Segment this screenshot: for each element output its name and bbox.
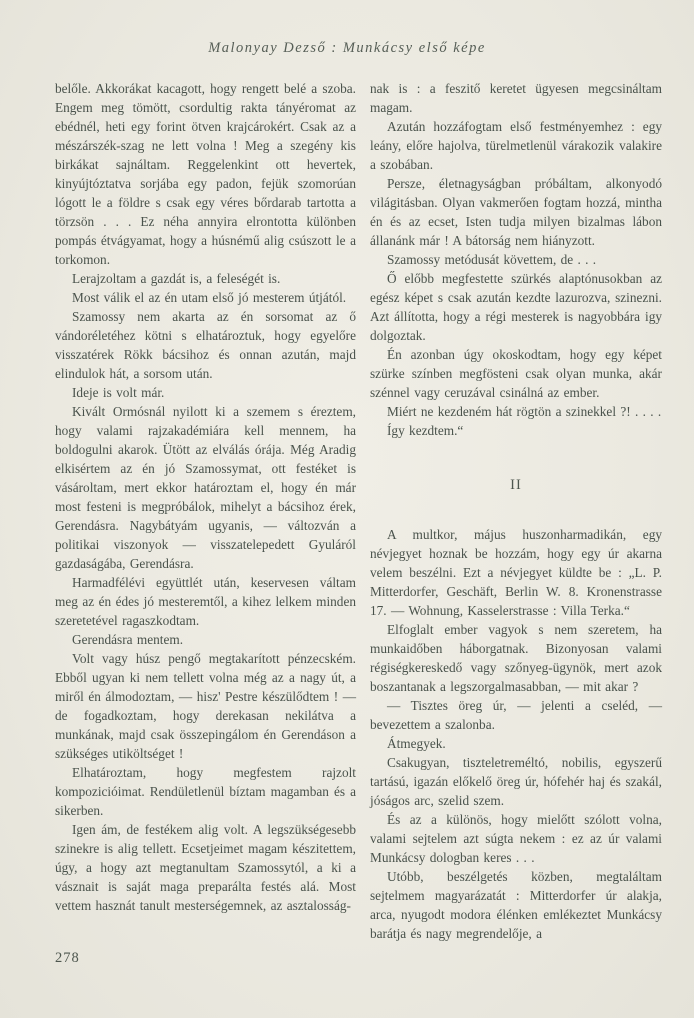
paragraph: — Tisztes öreg úr, — jelenti a cseléd, —… xyxy=(370,696,662,734)
paragraph: A multkor, május huszonharmadikán, egy n… xyxy=(370,525,662,620)
paragraph: Miért ne kezdeném hát rögtön a szinekkel… xyxy=(370,402,662,421)
paragraph: Elfoglalt ember vagyok s nem szeretem, h… xyxy=(370,620,662,696)
paragraph: nak is : a feszitő keretet ügyesen megcs… xyxy=(370,79,662,117)
paragraph: Átmegyek. xyxy=(370,734,662,753)
paragraph: Volt vagy húsz pengő megtakarított pénze… xyxy=(55,649,356,763)
paragraph: Utóbb, beszélgetés közben, megtaláltam s… xyxy=(370,867,662,943)
paragraph: Harmadfélévi együttlét után, keservesen … xyxy=(55,573,356,630)
left-text-column: belőle. Akkorákat kacagott, hogy rengett… xyxy=(55,79,356,915)
paragraph: Így kezdtem.“ xyxy=(370,421,662,440)
paragraph: Szamossy nem akarta az én sorsomat az ő … xyxy=(55,307,356,383)
paragraph: Csakugyan, tiszteletreméltó, nobilis, eg… xyxy=(370,753,662,810)
paragraph: Igen ám, de festékem alig volt. A legszü… xyxy=(55,820,356,915)
scanned-book-page: Malonyay Dezső : Munkácsy első képe belő… xyxy=(0,0,694,1018)
right-text-column: nak is : a feszitő keretet ügyesen megcs… xyxy=(370,79,662,943)
paragraph: Ő előbb megfestette szürkés alaptónusokb… xyxy=(370,269,662,345)
right-column-bottom: A multkor, május huszonharmadikán, egy n… xyxy=(370,525,662,943)
paragraph: Kivált Ormósnál nyilott ki a szemem s ér… xyxy=(55,402,356,573)
paragraph: Elhatároztam, hogy megfestem rajzolt kom… xyxy=(55,763,356,820)
paragraph: belőle. Akkorákat kacagott, hogy rengett… xyxy=(55,79,356,269)
running-header: Malonyay Dezső : Munkácsy első képe xyxy=(0,40,694,57)
paragraph: Gerendásra mentem. xyxy=(55,630,356,649)
paragraph: Most válik el az én utam első jó mestere… xyxy=(55,288,356,307)
right-column-top: nak is : a feszitő keretet ügyesen megcs… xyxy=(370,79,662,440)
paragraph: És az a különös, hogy mielőtt szólott vo… xyxy=(370,810,662,867)
page-number: 278 xyxy=(55,950,80,967)
paragraph: Szamossy metódusát követtem, de . . . xyxy=(370,250,662,269)
paragraph: Persze, életnagyságban próbáltam, alkony… xyxy=(370,174,662,250)
paragraph: Én azonban úgy okoskodtam, hogy egy képe… xyxy=(370,345,662,402)
section-heading: II xyxy=(370,476,662,495)
paragraph: Ideje is volt már. xyxy=(55,383,356,402)
paragraph: Lerajzoltam a gazdát is, a feleségét is. xyxy=(55,269,356,288)
paragraph: Azután hozzáfogtam első festményemhez : … xyxy=(370,117,662,174)
